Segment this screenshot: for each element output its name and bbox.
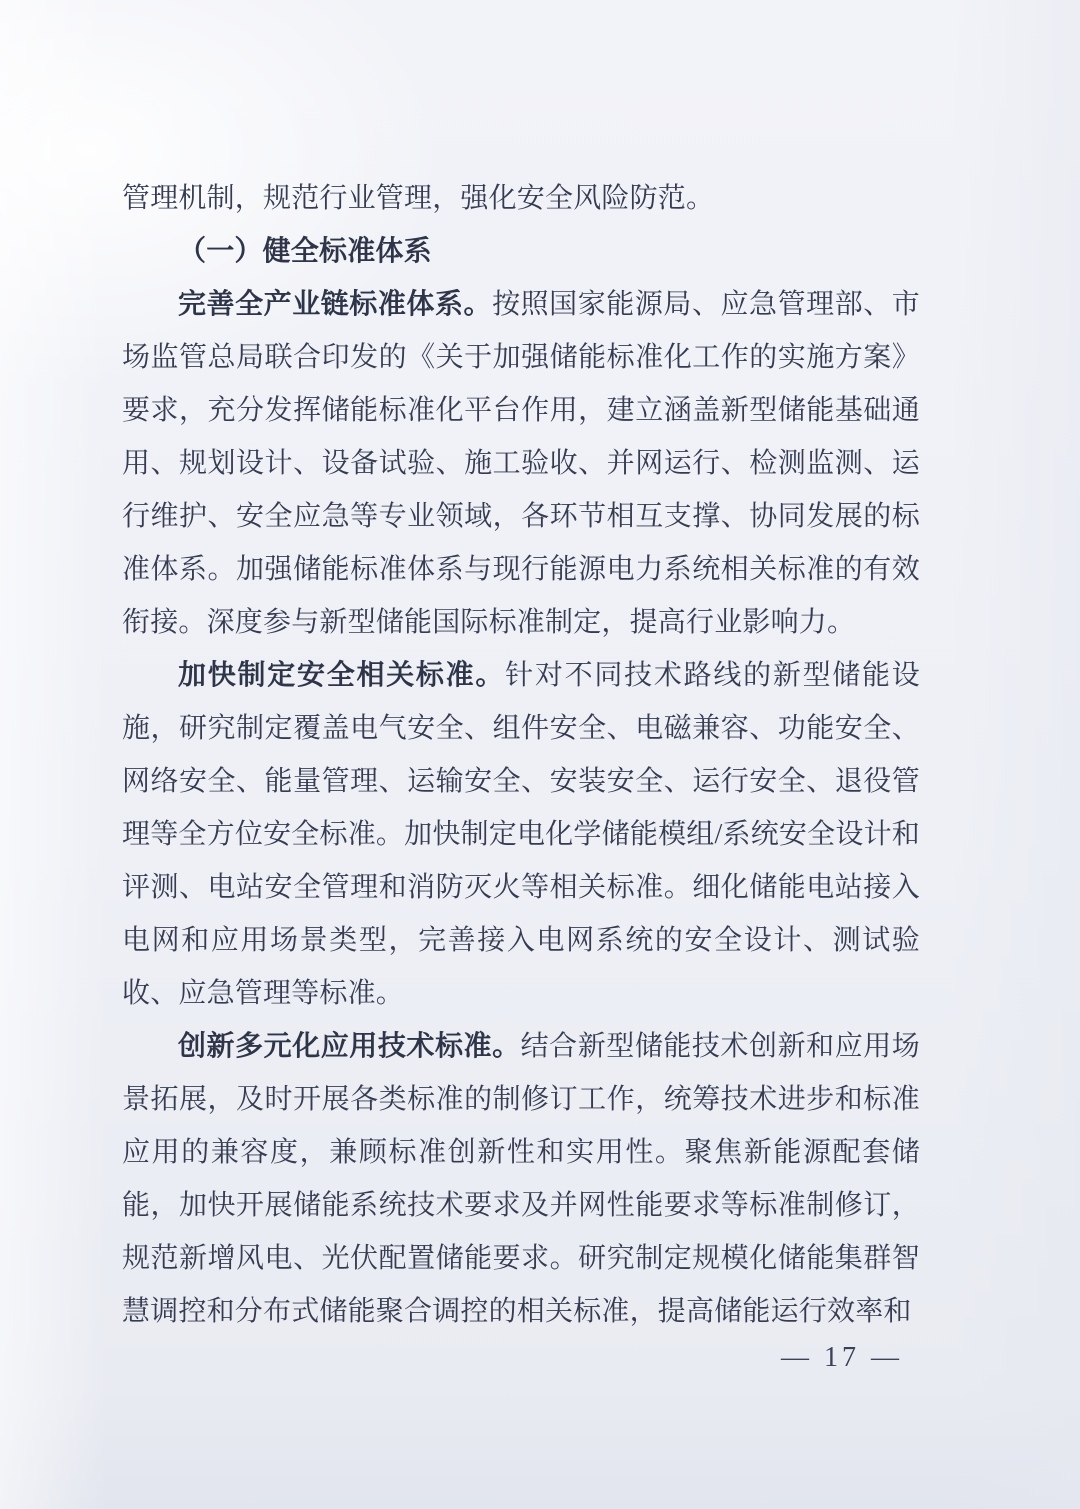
- bold-text-run: （一）健全标准体系: [178, 236, 432, 267]
- document-page: 管理机制，规范行业管理，强化安全风险防范。（一）健全标准体系完善全产业链标准体系…: [0, 0, 1080, 1509]
- bold-text-run: 完善全产业链标准体系。: [178, 289, 492, 320]
- bold-text-run: 创新多元化应用技术标准。: [178, 1031, 521, 1062]
- paragraph: 管理机制，规范行业管理，强化安全风险防范。: [122, 172, 920, 225]
- text-run: 结合新型储能技术创新和应用场景拓展，及时开展各类标准的制修订工作，统筹技术进步和…: [122, 1031, 920, 1327]
- text-run: 管理机制，规范行业管理，强化安全风险防范。: [122, 183, 714, 214]
- paragraph: （一）健全标准体系: [122, 225, 920, 278]
- paragraph: 创新多元化应用技术标准。结合新型储能技术创新和应用场景拓展，及时开展各类标准的制…: [122, 1020, 920, 1338]
- document-text-block: 管理机制，规范行业管理，强化安全风险防范。（一）健全标准体系完善全产业链标准体系…: [122, 172, 920, 1338]
- text-run: 针对不同技术路线的新型储能设施，研究制定覆盖电气安全、组件安全、电磁兼容、功能安…: [122, 660, 920, 1009]
- text-run: 按照国家能源局、应急管理部、市场监管总局联合印发的《关于加强储能标准化工作的实施…: [122, 289, 920, 638]
- page-number: — 17 —: [781, 1334, 903, 1382]
- bold-text-run: 加快制定安全相关标准。: [178, 660, 505, 691]
- paragraph: 加快制定安全相关标准。针对不同技术路线的新型储能设施，研究制定覆盖电气安全、组件…: [122, 649, 920, 1020]
- paragraph: 完善全产业链标准体系。按照国家能源局、应急管理部、市场监管总局联合印发的《关于加…: [122, 278, 920, 649]
